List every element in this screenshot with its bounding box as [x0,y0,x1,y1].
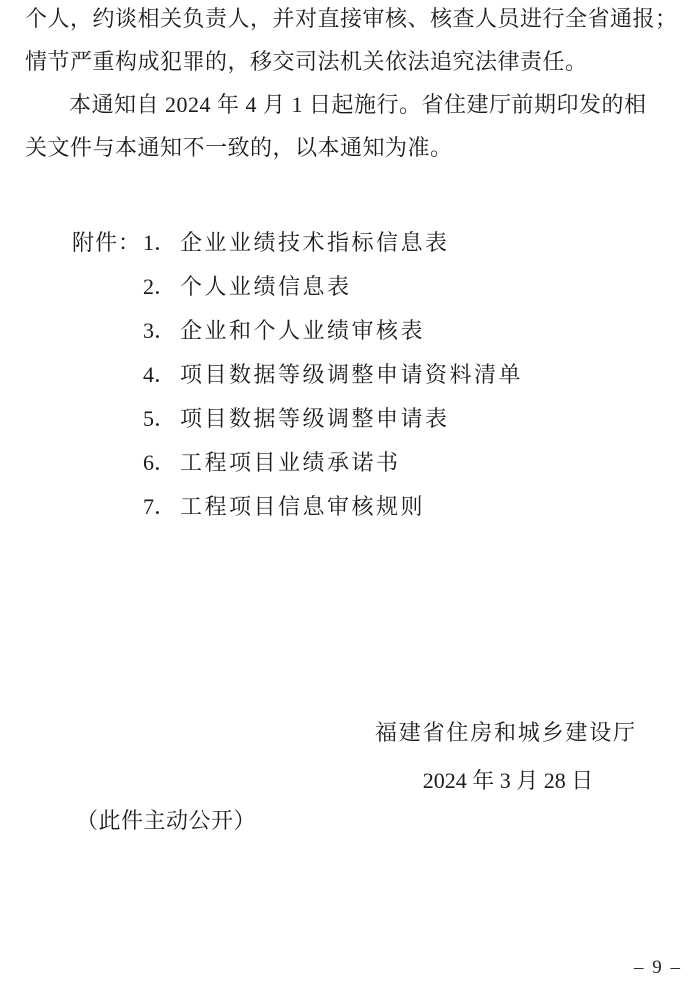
body-paragraph-effective-date: 本通知自 2024 年 4 月 1 日起施行。省住建厅前期印发的相 关文件与本通… [25,83,682,169]
body-text-line: 关文件与本通知不一致的，以本通知为准。 [25,126,682,169]
page-number: – 9 – [634,958,682,978]
attachment-title: 企业和个人业绩审核表 [180,318,425,343]
attachment-item-5: 5．项目数据等级调整申请表 [25,397,682,441]
attachment-list-label: 附件： [25,221,143,265]
body-text-line: 本通知自 2024 年 4 月 1 日起施行。省住建厅前期印发的相 [25,83,682,126]
body-text-line: 情节严重构成犯罪的，移交司法机关依法追究法律责任。 [25,40,682,83]
attachment-number: 5． [143,397,176,441]
attachment-item-6: 6．工程项目业绩承诺书 [25,441,682,485]
attachment-number: 7． [143,485,176,529]
attachment-title: 项目数据等级调整申请资料清单 [180,362,523,387]
attachment-title: 个人业绩信息表 [180,274,352,299]
attachment-list: 附件：1．企业业绩技术指标信息表 2．个人业绩信息表 3．企业和个人业绩审核表 … [25,221,682,529]
signature-date: 2024 年 3 月 28 日 [375,759,641,803]
attachment-number: 1． [143,221,176,265]
disclosure-note: （此件主动公开） [76,799,256,843]
attachment-title: 工程项目业绩承诺书 [180,450,401,475]
attachment-number: 3． [143,309,176,353]
attachment-title: 工程项目信息审核规则 [180,494,425,519]
body-paragraph-penalty: 个人，约谈相关负责人，并对直接审核、核查人员进行全省通报； 情节严重构成犯罪的，… [25,0,682,83]
body-text-line: 个人，约谈相关负责人，并对直接审核、核查人员进行全省通报； [25,0,682,40]
attachment-number: 4． [143,353,176,397]
attachment-number: 6． [143,441,176,485]
attachment-item-3: 3．企业和个人业绩审核表 [25,309,682,353]
attachment-number: 2． [143,265,176,309]
document-page: 个人，约谈相关负责人，并对直接审核、核查人员进行全省通报； 情节严重构成犯罪的，… [0,0,700,983]
attachment-title: 项目数据等级调整申请表 [180,406,450,431]
signature-issuer: 福建省住房和城乡建设厅 [375,711,641,755]
attachment-item-2: 2．个人业绩信息表 [25,265,682,309]
attachment-title: 企业业绩技术指标信息表 [180,230,450,255]
attachment-item-1: 附件：1．企业业绩技术指标信息表 [25,221,682,265]
attachment-item-7: 7．工程项目信息审核规则 [25,485,682,529]
attachment-item-4: 4．项目数据等级调整申请资料清单 [25,353,682,397]
